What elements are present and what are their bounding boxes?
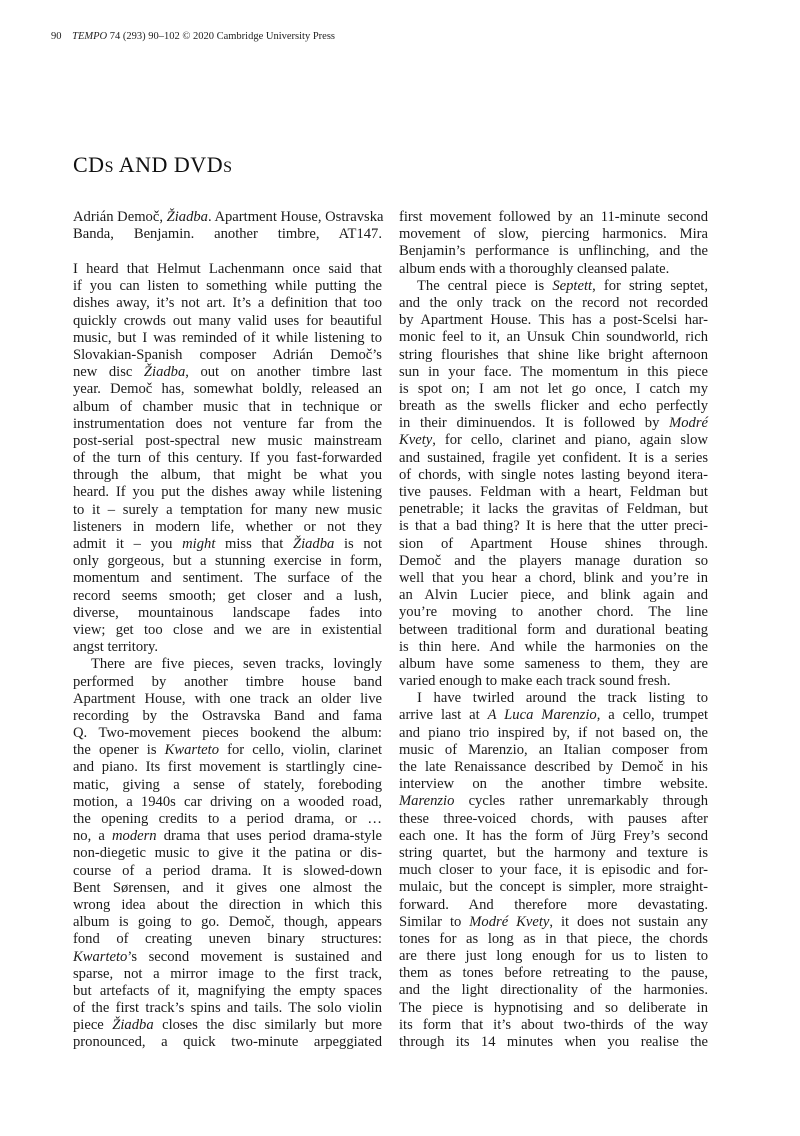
text-run: for cello, violin, clarinet — [219, 742, 382, 758]
text-run: heard. If you put the dishes away while … — [73, 484, 382, 500]
text-run: Q. Two-movement pieces bookend the album… — [73, 725, 382, 741]
text-line: by Apartment House. This has a post-Scel… — [399, 312, 708, 329]
text-run: and the only track on the record not rec… — [399, 295, 708, 311]
text-line: breath as the swells flicker and echo pe… — [399, 398, 708, 415]
section-title-part: CD — [73, 152, 105, 177]
text-run: these three-voiced chords, with pauses a… — [399, 811, 708, 827]
text-line: tive pauses. Feldman with a heart, Feldm… — [399, 484, 708, 501]
section-title-part: S — [105, 159, 114, 176]
italic-title: Žiadba — [293, 536, 334, 552]
italic-title: Žiadba — [144, 364, 185, 380]
italic-title: Kvety — [399, 432, 432, 448]
text-run: much closer to your face, it is episodic… — [399, 862, 708, 878]
body-column-left: I heard that Helmut Lachenmann once said… — [73, 261, 382, 1052]
section-title-part: AND DVD — [114, 152, 223, 177]
text-line: Adrián Demoč, Žiadba. Apartment House, … — [73, 209, 382, 226]
text-run: I have twirled around the track listing … — [417, 690, 708, 706]
italic-title: Marenzio — [399, 793, 454, 809]
text-line: Demoč and the players manage duration s… — [399, 553, 708, 570]
text-run: Banda, Benjamin. another timbre, AT147. — [73, 226, 382, 242]
text-line: matic, giving a sense of stately, forebo… — [73, 777, 382, 794]
text-run: is spot on; I am not let go once, I catc… — [399, 381, 708, 397]
text-line: new disc Žiadba, out on another timbre l… — [73, 364, 382, 381]
text-run: record seems smooth; get closer and a lu… — [73, 588, 382, 604]
text-line: in their diminuendos. It is followed by … — [399, 415, 708, 432]
text-line: piece Žiadba closes the disc similarly b… — [73, 1017, 382, 1034]
text-run: matic, giving a sense of stately, forebo… — [73, 777, 382, 793]
text-line: arrive last at A Luca Marenzio, a cello,… — [399, 707, 708, 724]
text-run: penetrable; it lacks the gravitas of Fel… — [399, 501, 708, 517]
text-line: record seems smooth; get closer and a lu… — [73, 588, 382, 605]
text-line: them as tones before retreating to the p… — [399, 965, 708, 982]
text-line: penetrable; it lacks the gravitas of Fel… — [399, 501, 708, 518]
text-run: string quartet, but the harmony and text… — [399, 845, 708, 861]
text-line: of the first track’s spins and tails. Th… — [73, 1000, 382, 1017]
text-line: much closer to your face, it is episodic… — [399, 862, 708, 879]
text-line: mulaic, but the concept is simpler, more… — [399, 879, 708, 896]
text-line: tones for as long as in that piece, the … — [399, 931, 708, 948]
text-line: is spot on; I am not let go once, I catc… — [399, 381, 708, 398]
text-run: Demoč and the players manage duration s… — [399, 553, 708, 569]
text-line: Kwarteto’s second movement is sustained … — [73, 949, 382, 966]
text-run: only gorgeous, but a stunning exercise i… — [73, 553, 382, 569]
text-line: is that a bad thing? It is here that the… — [399, 518, 708, 535]
italic-title: Žiadba — [167, 209, 208, 225]
text-run: is not — [334, 536, 382, 552]
text-line: these three-voiced chords, with pauses a… — [399, 811, 708, 828]
text-run: Adrián Demoč, — [73, 209, 167, 225]
text-run: Apartment House, with one track an older… — [73, 691, 382, 707]
text-run: pronounced, a quick two-minute arpeggiat… — [73, 1034, 382, 1050]
italic-title: Kwarteto — [165, 742, 219, 758]
text-line: of the turn of this century. If you fast… — [73, 450, 382, 467]
text-run: instrumentation does not venture far fro… — [73, 416, 382, 432]
text-run: movement of slow, piercing harmonics. Mi… — [399, 226, 708, 242]
text-line: you’re moving to another chord. The line — [399, 604, 708, 621]
text-run: you’re moving to another chord. The line — [399, 604, 708, 620]
text-line: motion, a 1940s car driving on a wooded … — [73, 794, 382, 811]
italic-title: modern — [112, 828, 157, 844]
text-run: varied enough to make each track sound f… — [399, 673, 671, 689]
text-run: closes the disc similarly but more — [154, 1017, 382, 1033]
text-line: Benjamin’s performance is unflinching, a… — [399, 243, 708, 260]
text-run: . Apartment House, Ostravska — [208, 209, 384, 225]
text-line: forward. And therefore more devastating. — [399, 897, 708, 914]
text-line: varied enough to make each track sound f… — [399, 673, 708, 690]
italic-title: Žiadba — [112, 1017, 153, 1033]
text-line: performed by another timbre house band — [73, 674, 382, 691]
text-line: album have some sameness to them, they a… — [399, 656, 708, 673]
text-line: diverse, mountainous landscape fades int… — [73, 605, 382, 622]
text-line: music of Marenzio, an Italian composer f… — [399, 742, 708, 759]
text-line: sun in your face. The momentum in this p… — [399, 364, 708, 381]
text-line: through its 14 minutes when you realise … — [399, 1034, 708, 1051]
text-line: The piece is hypnotising and so delibera… — [399, 1000, 708, 1017]
text-line: if you can listen to something while put… — [73, 278, 382, 295]
text-line: no, a modern drama that uses period dram… — [73, 828, 382, 845]
text-line: only gorgeous, but a stunning exercise i… — [73, 553, 382, 570]
text-line: The central piece is Septett, for string… — [399, 278, 708, 295]
text-run: The central piece is — [417, 278, 552, 294]
text-line: and the light directionality of the harm… — [399, 982, 708, 999]
text-run: I heard that Helmut Lachenmann once said… — [73, 261, 382, 277]
text-line: sion of Apartment House shines through. — [399, 536, 708, 553]
text-run: There are five pieces, seven tracks, lov… — [91, 656, 382, 672]
text-run: through its 14 minutes when you realise … — [399, 1034, 708, 1050]
text-run: Similar to — [399, 914, 469, 930]
text-run: sparse, not a mirror image to the first … — [73, 966, 382, 982]
text-line: interview on the another timbre website. — [399, 776, 708, 793]
text-run: new disc — [73, 364, 144, 380]
text-line: is thin here. And while the harmonies on… — [399, 639, 708, 656]
text-line: recording by the Ostravska Band and fama — [73, 708, 382, 725]
body-column-right: first movement followed by an 11-minute … — [399, 209, 708, 1051]
text-line: string flourishes that shine like bright… — [399, 347, 708, 364]
text-line: view; get too close and we are in existe… — [73, 622, 382, 639]
text-run: arrive last at — [399, 707, 488, 723]
text-run: are there just long enough for us to lis… — [399, 948, 708, 964]
text-run: Bent Sørensen, and it gives one almost t… — [73, 880, 382, 896]
text-run: an Alvin Lucier piece, and blink again a… — [399, 587, 708, 603]
text-run: well that you hear a chord, blink and yo… — [399, 570, 708, 586]
text-line: angst territory. — [73, 639, 382, 656]
text-line: its form that it’s about two-thirds of t… — [399, 1017, 708, 1034]
text-run: fond of creating uneven binary structure… — [73, 931, 382, 947]
section-title: CDS AND DVDS — [73, 152, 233, 178]
italic-title: might — [182, 536, 215, 552]
text-line: of chords, with single notes lasting bey… — [399, 467, 708, 484]
section-title-part: S — [223, 159, 232, 176]
text-line: the opening credits to a period drama, o… — [73, 811, 382, 828]
text-line: I have twirled around the track listing … — [399, 690, 708, 707]
text-run: piece — [73, 1017, 112, 1033]
text-run: diverse, mountainous landscape fades int… — [73, 605, 382, 621]
text-run: of the turn of this century. If you fast… — [73, 450, 382, 466]
text-run: , for cello, clarinet and piano, again s… — [432, 432, 708, 448]
text-run: monic feel to it, an Unsuk Chin soundwor… — [399, 329, 708, 345]
text-run: album of chamber music that in technique… — [73, 399, 382, 415]
page-number: 90 — [51, 31, 62, 42]
text-line: album is going to go. Demoč, though, ap… — [73, 914, 382, 931]
text-line: between traditional form and durational … — [399, 622, 708, 639]
text-line: momentum and sentiment. The surface of t… — [73, 570, 382, 587]
text-run: course of a period drama. It is slowed-d… — [73, 863, 382, 879]
text-run: mulaic, but the concept is simpler, more… — [399, 879, 708, 895]
text-line: dishes away, it’s not art. It’s a defini… — [73, 295, 382, 312]
text-line: Slovakian-Spanish composer Adrián Demoč… — [73, 347, 382, 364]
text-run: no, a — [73, 828, 112, 844]
text-run: , a cello, trumpet — [597, 707, 708, 723]
text-run: dishes away, it’s not art. It’s a defini… — [73, 295, 382, 311]
text-run: string flourishes that shine like bright… — [399, 347, 708, 363]
text-run: between traditional form and durational … — [399, 622, 708, 638]
text-run: first movement followed by an 11-minute … — [399, 209, 708, 225]
text-line: sparse, not a mirror image to the first … — [73, 966, 382, 983]
text-run: by Apartment House. This has a post-Scel… — [399, 312, 708, 328]
text-run: the opening credits to a period drama, o… — [73, 811, 382, 827]
text-run: and the light directionality of the harm… — [399, 982, 708, 998]
italic-title: Modré Kvety — [469, 914, 549, 930]
text-line: admit it – you might miss that Žiadba is… — [73, 536, 382, 553]
text-line: monic feel to it, an Unsuk Chin soundwor… — [399, 329, 708, 346]
text-run: album ends with a thoroughly cleansed pa… — [399, 261, 669, 277]
text-line: to it – surely a temptation for many new… — [73, 502, 382, 519]
text-line: the opener is Kwarteto for cello, violin… — [73, 742, 382, 759]
italic-title: Kwarteto — [73, 949, 127, 965]
text-line: an Alvin Lucier piece, and blink again a… — [399, 587, 708, 604]
text-line: post-serial post-spectral new music main… — [73, 433, 382, 450]
text-run: wrong idea about the direction in which … — [73, 897, 382, 913]
text-run: angst territory. — [73, 639, 158, 655]
text-line: wrong idea about the direction in which … — [73, 897, 382, 914]
text-run: music, but I was reminded of it while li… — [73, 330, 382, 346]
text-run: Slovakian-Spanish composer Adrián Demoč… — [73, 347, 382, 363]
journal-name: TEMPO — [72, 31, 107, 42]
text-line: string quartet, but the harmony and text… — [399, 845, 708, 862]
text-run: drama that uses period drama-style — [157, 828, 382, 844]
text-run: , for string septet, — [592, 278, 708, 294]
text-line: fond of creating uneven binary structure… — [73, 931, 382, 948]
text-run: ’s second movement is sustained and — [127, 949, 382, 965]
text-line: listeners in modern life, whether or not… — [73, 519, 382, 536]
review-citation: Adrián Demoč, Žiadba. Apartment House, … — [73, 209, 382, 243]
text-line: course of a period drama. It is slowed-d… — [73, 863, 382, 880]
text-run: , it does not sustain any — [549, 914, 708, 930]
text-run: quickly crowds out many valid uses for b… — [73, 313, 382, 329]
text-run: if you can listen to something while put… — [73, 278, 382, 294]
text-run: of the first track’s spins and tails. Th… — [73, 1000, 382, 1016]
text-run: of chords, with single notes lasting bey… — [399, 467, 708, 483]
text-run: the opener is — [73, 742, 165, 758]
text-run: each one. It has the form of Jürg Frey’s… — [399, 828, 708, 844]
text-line: Marenzio cycles rather unremarkably thro… — [399, 793, 708, 810]
text-run: in their diminuendos. It is followed by — [399, 415, 669, 431]
text-line: year. Demoč has, somewhat boldly, relea… — [73, 381, 382, 398]
text-line: Similar to Modré Kvety, it does not sust… — [399, 914, 708, 931]
text-run: its form that it’s about two-thirds of t… — [399, 1017, 708, 1033]
text-line: each one. It has the form of Jürg Frey’s… — [399, 828, 708, 845]
text-run: sun in your face. The momentum in this p… — [399, 364, 708, 380]
italic-title: Septett — [552, 278, 592, 294]
text-line: first movement followed by an 11-minute … — [399, 209, 708, 226]
running-head: 90 TEMPO 74 (293) 90–102 © 2020 Cambridg… — [51, 31, 335, 42]
text-run: and sustained, fragile yet confident. It… — [399, 450, 708, 466]
text-run: through the album, that might be what yo… — [73, 467, 382, 483]
text-line: heard. If you put the dishes away while … — [73, 484, 382, 501]
text-run: cycles rather unremarkably through — [454, 793, 708, 809]
text-line: Bent Sørensen, and it gives one almost t… — [73, 880, 382, 897]
text-line: are there just long enough for us to lis… — [399, 948, 708, 965]
text-run: tones for as long as in that piece, the … — [399, 931, 708, 947]
text-line: and sustained, fragile yet confident. It… — [399, 450, 708, 467]
journal-citation: 74 (293) 90–102 © 2020 Cambridge Univers… — [110, 31, 335, 42]
text-line: Q. Two-movement pieces bookend the album… — [73, 725, 382, 742]
text-line: pronounced, a quick two-minute arpeggiat… — [73, 1034, 382, 1051]
text-line: music, but I was reminded of it while li… — [73, 330, 382, 347]
italic-title: A Luca Marenzio — [488, 707, 597, 723]
text-line: Apartment House, with one track an older… — [73, 691, 382, 708]
text-run: but artefacts of it, magnifying the empt… — [73, 983, 382, 999]
text-run: and piano trio inspired by, if not based… — [399, 725, 708, 741]
text-run: is thin here. And while the harmonies on… — [399, 639, 708, 655]
text-run: breath as the swells flicker and echo pe… — [399, 398, 708, 414]
text-line: but artefacts of it, magnifying the empt… — [73, 983, 382, 1000]
text-run: listeners in modern life, whether or not… — [73, 519, 382, 535]
text-run: music of Marenzio, an Italian composer f… — [399, 742, 708, 758]
text-run: performed by another timbre house band — [73, 674, 382, 690]
text-line: and piano. Its first movement is startli… — [73, 759, 382, 776]
text-line: and the only track on the record not rec… — [399, 295, 708, 312]
text-run: year. Demoč has, somewhat boldly, relea… — [73, 381, 382, 397]
text-run: album is going to go. Demoč, though, ap… — [73, 914, 382, 930]
text-line: There are five pieces, seven tracks, lov… — [73, 656, 382, 673]
text-run: the late Renaissance described by Demoč… — [399, 759, 708, 775]
text-run: album have some sameness to them, they a… — [399, 656, 708, 672]
text-line: album of chamber music that in technique… — [73, 399, 382, 416]
text-line: album ends with a thoroughly cleansed pa… — [399, 261, 708, 278]
text-run: The piece is hypnotising and so delibera… — [399, 1000, 708, 1016]
text-run: post-serial post-spectral new music main… — [73, 433, 382, 449]
text-run: , out on another timbre last — [185, 364, 382, 380]
text-line: non-diegetic music to give it the patina… — [73, 845, 382, 862]
text-line: well that you hear a chord, blink and yo… — [399, 570, 708, 587]
text-line: Banda, Benjamin. another timbre, AT147. — [73, 226, 382, 243]
text-run: view; get too close and we are in existe… — [73, 622, 382, 638]
text-line: and piano trio inspired by, if not based… — [399, 725, 708, 742]
text-line: Kvety, for cello, clarinet and piano, ag… — [399, 432, 708, 449]
text-run: miss that — [215, 536, 293, 552]
text-line: through the album, that might be what yo… — [73, 467, 382, 484]
text-run: motion, a 1940s car driving on a wooded … — [73, 794, 382, 810]
text-run: to it – surely a temptation for many new… — [73, 502, 382, 518]
text-run: Benjamin’s performance is unflinching, a… — [399, 243, 708, 259]
text-line: quickly crowds out many valid uses for b… — [73, 313, 382, 330]
text-run: interview on the another timbre website. — [399, 776, 708, 792]
text-line: I heard that Helmut Lachenmann once said… — [73, 261, 382, 278]
text-run: admit it – you — [73, 536, 182, 552]
text-run: recording by the Ostravska Band and fama — [73, 708, 382, 724]
text-line: movement of slow, piercing harmonics. Mi… — [399, 226, 708, 243]
text-run: is that a bad thing? It is here that the… — [399, 518, 708, 534]
text-run: and piano. Its first movement is startli… — [73, 759, 382, 775]
text-run: non-diegetic music to give it the patina… — [73, 845, 382, 861]
text-run: forward. And therefore more devastating. — [399, 897, 708, 913]
text-run: them as tones before retreating to the p… — [399, 965, 708, 981]
text-run: tive pauses. Feldman with a heart, Feldm… — [399, 484, 708, 500]
text-run: momentum and sentiment. The surface of t… — [73, 570, 382, 586]
text-line: instrumentation does not venture far fro… — [73, 416, 382, 433]
text-run: sion of Apartment House shines through. — [399, 536, 708, 552]
italic-title: Modré — [669, 415, 708, 431]
text-line: the late Renaissance described by Demoč… — [399, 759, 708, 776]
